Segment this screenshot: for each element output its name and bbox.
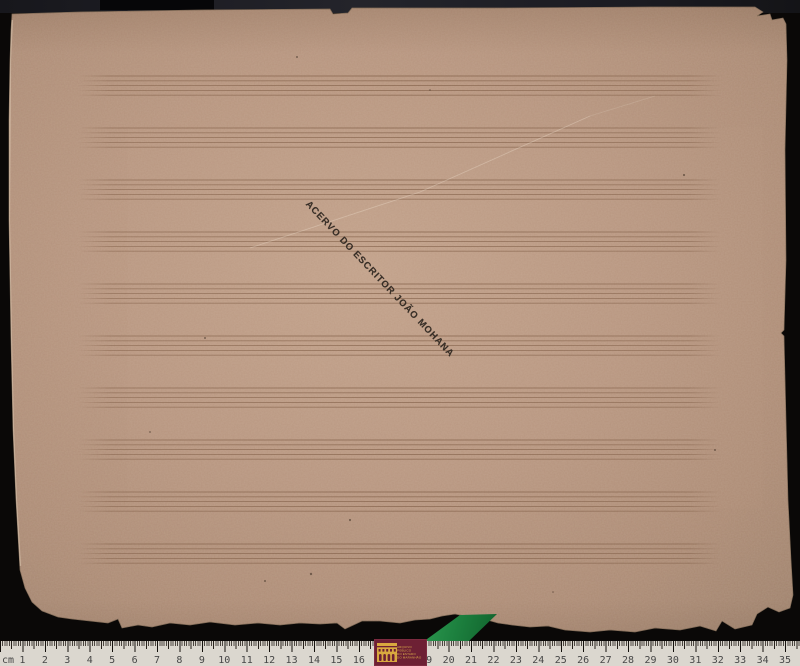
ruler-number: 3	[64, 655, 70, 666]
ruler-number: 35	[779, 655, 791, 666]
archive-logo-text-line: ARQUIVO	[397, 646, 421, 650]
ruler-number: 33	[734, 655, 746, 666]
ruler-number: 21	[465, 655, 477, 666]
ruler-number: 15	[330, 655, 342, 666]
ruler-number: 31	[689, 655, 701, 666]
ruler-number: 24	[532, 655, 544, 666]
ruler-number: 20	[443, 655, 455, 666]
ruler-number: 27	[600, 655, 612, 666]
ruler-number: 12	[263, 655, 275, 666]
ruler-number: 32	[712, 655, 724, 666]
ruler-number: 28	[622, 655, 634, 666]
ruler-number: 29	[644, 655, 656, 666]
ruler-number: 13	[286, 655, 298, 666]
ruler-number: 2	[42, 655, 48, 666]
ruler-number: 5	[109, 655, 115, 666]
ruler-number: 7	[154, 655, 160, 666]
archive-logo-text-line: PÚBLICO	[397, 649, 421, 653]
ruler-number: 10	[218, 655, 230, 666]
manuscript-paper-sheet	[0, 0, 800, 666]
ruler-number: 11	[241, 655, 253, 666]
ruler-number: 34	[757, 655, 769, 666]
ruler-number: 9	[199, 655, 205, 666]
archive-logo-text-line: DO ESTADO	[397, 653, 421, 657]
ruler-number: 23	[510, 655, 522, 666]
building-icon	[377, 643, 397, 662]
scanner-bed-background: ACERVO DO ESCRITOR JOÃO MOHANA cm 123456…	[0, 0, 800, 666]
ruler-unit-label: cm	[2, 655, 14, 666]
ruler-number: 14	[308, 655, 320, 666]
paper-body	[0, 0, 800, 666]
archive-logo-text-line: DO MARANHÃO	[397, 656, 421, 660]
ruler-number: 6	[132, 655, 138, 666]
ruler-number: 4	[87, 655, 93, 666]
ruler-number: 22	[487, 655, 499, 666]
ruler-number: 8	[176, 655, 182, 666]
ruler-number: 1	[19, 655, 25, 666]
archive-logo-text: ARQUIVOPÚBLICODO ESTADODO MARANHÃO	[397, 646, 421, 660]
ruler-number: 26	[577, 655, 589, 666]
ruler-number: 16	[353, 655, 365, 666]
ruler-number: 25	[555, 655, 567, 666]
archive-logo-plaque: ARQUIVOPÚBLICODO ESTADODO MARANHÃO	[374, 639, 427, 666]
ruler-number: 30	[667, 655, 679, 666]
